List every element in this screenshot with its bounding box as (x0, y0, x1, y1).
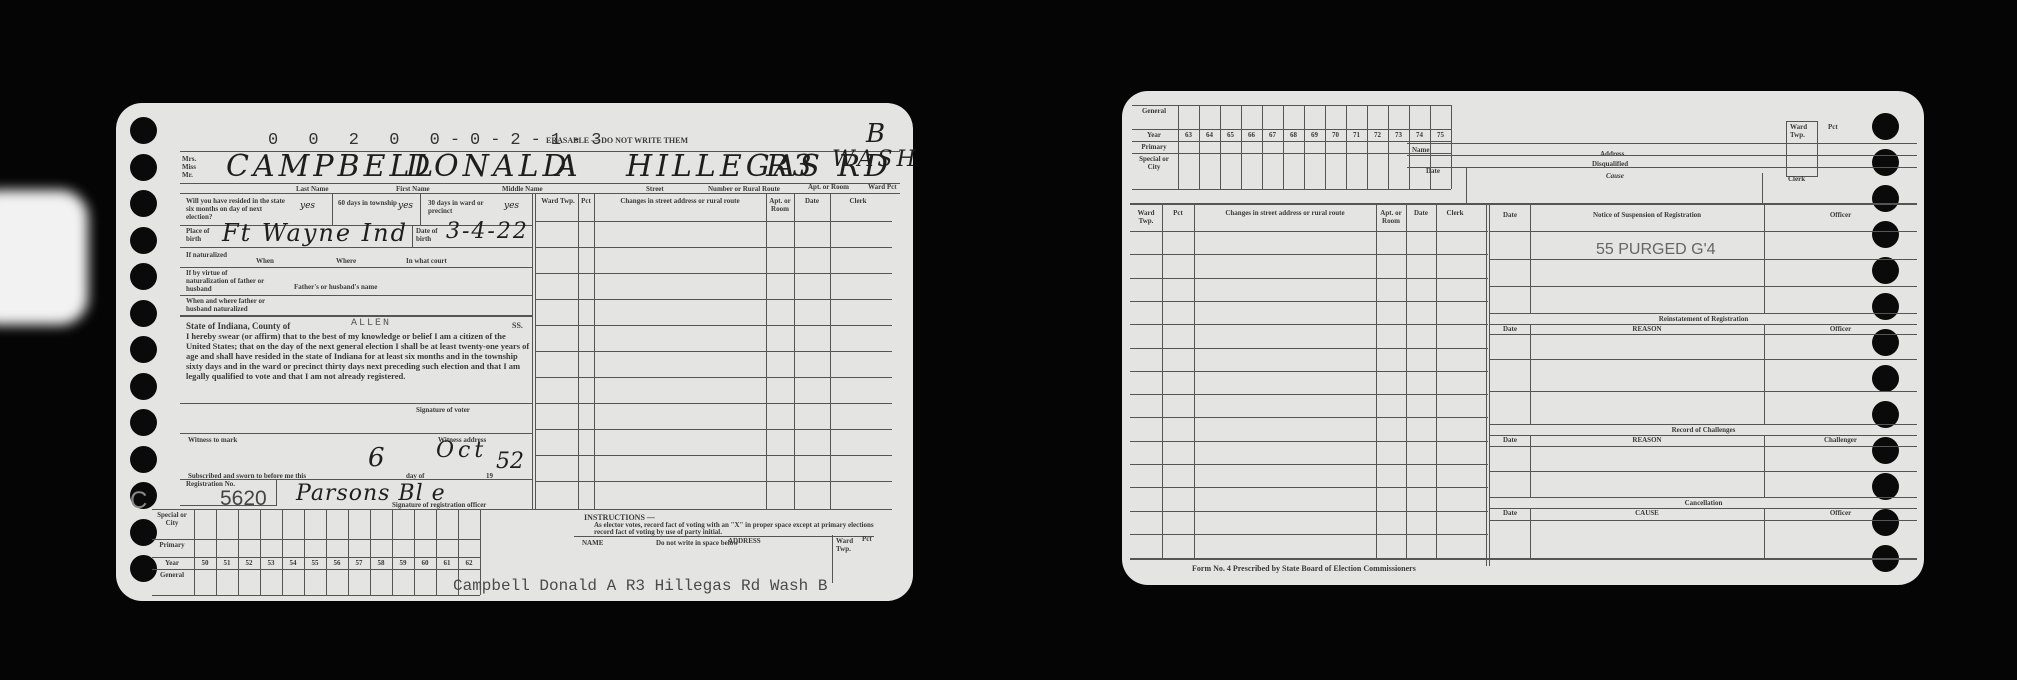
rule-line (152, 569, 480, 570)
rule-line (1132, 153, 1451, 154)
rule-line (1490, 424, 1917, 425)
year-cell: 75 (1430, 131, 1451, 139)
form-footer: Form No. 4 Prescribed by State Board of … (1192, 564, 1416, 573)
ward: WASH (832, 147, 920, 172)
number-route-label: Number or Rural Route (708, 185, 780, 193)
street-label: Street (646, 185, 664, 193)
registration-number: 5620 (220, 487, 267, 511)
pct-label: Pct (1828, 123, 1838, 131)
year-cell: 67 (1262, 131, 1283, 139)
vote-row-label: General (1132, 107, 1176, 115)
subscribed-day: 6 (368, 443, 389, 473)
year-cell: 69 (1304, 131, 1325, 139)
place-of-birth: Ft Wayne Ind (222, 219, 408, 247)
reinstatement-title: Reinstatement of Registration (1490, 315, 1917, 323)
year-cell: 60 (414, 559, 436, 567)
rule-line (1490, 313, 1917, 314)
punch-hole (1872, 473, 1899, 500)
rule-line (1162, 203, 1163, 558)
clerk-label: Clerk (1788, 175, 1805, 183)
rule-line (1490, 334, 1917, 335)
column-header: Date (1408, 209, 1434, 217)
instructions-address-label: ADDRESS (728, 537, 761, 545)
year-cell: 50 (194, 559, 216, 567)
punch-hole (130, 446, 157, 473)
instructions-ward-twp: Ward Twp. (836, 537, 854, 553)
rule-line (1406, 203, 1407, 558)
year-cell: 58 (370, 559, 392, 567)
rule-line (536, 351, 892, 352)
column-header: Apt. or Room (1378, 209, 1404, 225)
year-cell: 55 (304, 559, 326, 567)
rule-line (1130, 348, 1488, 349)
rule-line (1130, 487, 1488, 488)
section-header: Challenger (1764, 436, 1917, 444)
section-header: CAUSE (1530, 509, 1764, 517)
a-ward: yes (504, 201, 519, 211)
rule-line (282, 509, 283, 595)
q-ward: 30 days in ward or precinct (428, 199, 508, 215)
rule-line (1490, 286, 1917, 287)
rule-line (326, 509, 327, 595)
rule-line (536, 221, 892, 222)
rule-line (1130, 324, 1488, 325)
instructions-name-label: NAME (582, 539, 603, 547)
rule-line (1132, 129, 1451, 130)
rule-line (536, 403, 892, 404)
year-cell: 51 (216, 559, 238, 567)
rule-line (1388, 105, 1389, 189)
punch-hole (130, 373, 157, 400)
rule-line (1346, 105, 1347, 189)
year-cell: 54 (282, 559, 304, 567)
rule-line (152, 539, 480, 540)
rule-line (1130, 441, 1488, 442)
vote-row-label: Year (152, 559, 192, 567)
first-name: DONALD (406, 149, 571, 184)
punch-hole (130, 190, 157, 217)
rule-line (370, 509, 371, 595)
rule-line (536, 273, 892, 274)
year-cell: 59 (392, 559, 414, 567)
title-prefix: Mrs.MissMr. (182, 155, 196, 179)
rule-line (1436, 203, 1437, 558)
column-header: Ward Twp. (541, 197, 575, 205)
year-cell: 70 (1325, 131, 1346, 139)
q-township: 60 days in township (338, 199, 398, 207)
when-where-label: When and where father or husband natural… (186, 297, 282, 313)
section-header: REASON (1530, 436, 1764, 444)
punch-hole (1872, 185, 1899, 212)
rule-line (1130, 511, 1488, 512)
rule-line (152, 595, 480, 596)
rule-line (1409, 105, 1410, 189)
naturalized-where: Where (336, 257, 356, 265)
rule-line (392, 509, 393, 595)
rule-line (536, 481, 892, 482)
rule-line (1530, 508, 1531, 558)
rule-line (1490, 259, 1917, 260)
rule-line (1220, 105, 1221, 189)
signature-voter-label: Signature of voter (416, 406, 470, 414)
date-of-birth-label: Date of birth (416, 227, 446, 243)
place-of-birth-label: Place of birth (186, 227, 222, 243)
typed-name-address: Campbell Donald A R3 Hillegas Rd Wash B (453, 577, 827, 595)
rule-line (1262, 105, 1263, 189)
q-state: Will you have resided in the state six m… (186, 197, 286, 221)
rule-line (1764, 435, 1765, 497)
vote-row-label: Primary (1132, 143, 1176, 151)
rule-line (536, 247, 892, 248)
challenges-title: Record of Challenges (1490, 426, 1917, 434)
punch-hole (130, 336, 157, 363)
rule-line (1132, 141, 1451, 142)
year-cell: 71 (1346, 131, 1367, 139)
oath-text: I hereby swear (or affirm) that to the b… (186, 331, 531, 381)
rule-line (1130, 417, 1488, 418)
a-township: yes (398, 201, 413, 211)
rule-line (1130, 394, 1488, 395)
vote-row-label: Primary (152, 541, 192, 549)
rule-line (1764, 508, 1765, 558)
ward-twp-label: Ward Twp. (1790, 123, 1812, 139)
rule-line (1304, 105, 1305, 189)
first-name-label: First Name (396, 185, 430, 193)
rule-line (304, 509, 305, 595)
section-header: Date (1490, 509, 1530, 517)
punch-hole (1872, 365, 1899, 392)
rule-line (536, 325, 892, 326)
registration-card-back: GeneralYearPrimarySpecial or City6364656… (1122, 91, 1924, 585)
rule-line (1130, 464, 1488, 465)
rule-line (348, 509, 349, 595)
cancellation-title: Cancellation (1490, 499, 1917, 507)
column-header: Date (797, 197, 827, 205)
section-header: Date (1490, 325, 1530, 333)
vote-row-label: Special or City (152, 511, 192, 527)
rule-line (1241, 105, 1242, 189)
year-cell: 61 (436, 559, 458, 567)
punch-hole (1872, 149, 1899, 176)
year-cell: 64 (1199, 131, 1220, 139)
rule-line (1132, 189, 1451, 190)
naturalized-court: In what court (406, 257, 447, 265)
county: ALLEN (351, 318, 391, 329)
instructions-text-2: record fact of voting by use of party in… (594, 528, 722, 536)
section-header: Officer (1764, 211, 1917, 219)
section-header: REASON (1530, 325, 1764, 333)
year-cell: 65 (1220, 131, 1241, 139)
rule-line (1764, 203, 1765, 313)
subscribed-year: 52 (496, 449, 524, 474)
section-header: Notice of Suspension of Registration (1530, 211, 1764, 219)
light-glare (0, 190, 88, 325)
column-header: Clerk (833, 197, 883, 205)
rule-line (1490, 359, 1917, 360)
vote-row-label: Year (1132, 131, 1176, 139)
punch-hole (130, 154, 157, 181)
side-mark: C (130, 487, 147, 515)
rule-line (1530, 435, 1531, 497)
by-virtue-label: If by virtue of naturalization of father… (186, 269, 266, 293)
rule-line (536, 377, 892, 378)
punch-hole (130, 263, 157, 290)
rule-line (414, 509, 415, 595)
rule-line (1490, 231, 1917, 232)
instructions-pct: Pct (862, 535, 872, 543)
rule-line (1132, 105, 1451, 106)
year-cell: 52 (238, 559, 260, 567)
rule-line (1130, 534, 1488, 535)
year-cell: 63 (1178, 131, 1199, 139)
year-cell: 74 (1409, 131, 1430, 139)
punch-hole (1872, 221, 1899, 248)
year-cell: 53 (260, 559, 282, 567)
year-cell: 57 (348, 559, 370, 567)
subscribed-month: Oct (436, 438, 487, 463)
rule-line (1194, 203, 1195, 558)
rule-line (1530, 203, 1531, 313)
rule-line (1130, 278, 1488, 279)
rule-line (536, 429, 892, 430)
year-cell: 56 (326, 559, 348, 567)
column-header: Pct (1164, 209, 1192, 217)
ward-pct-label: Ward Pct (868, 183, 897, 191)
year-cell: 62 (458, 559, 480, 567)
column-header: Apt. or Room (769, 197, 791, 213)
rule-line (1130, 231, 1488, 232)
last-name-label: Last Name (296, 185, 328, 193)
rule-line (1451, 105, 1452, 189)
rule-line (1764, 324, 1765, 424)
rule-line (1490, 520, 1917, 521)
vote-row-label: General (152, 571, 192, 579)
rule-line (1376, 203, 1377, 558)
disqualified-date-label: Date (1426, 167, 1440, 175)
middle-name: A (556, 149, 582, 184)
apt-room-label: Apt. or Room (808, 183, 849, 191)
a-state: yes (300, 201, 315, 211)
purged-stamp: 55 PURGED G'4 (1596, 241, 1716, 259)
rule-line (1283, 105, 1284, 189)
year-cell: 66 (1241, 131, 1262, 139)
rule-line (1490, 471, 1917, 472)
signature-officer-label: Signature of registration officer (392, 501, 486, 509)
instructions-no-write: Do not write in space below (656, 539, 738, 547)
rule-line (1325, 105, 1326, 189)
year-cell: 68 (1283, 131, 1304, 139)
header-notice: ERASABLE — DO NOT WRITE THEM (546, 136, 688, 145)
punch-hole (1872, 257, 1899, 284)
year-cell: 72 (1367, 131, 1388, 139)
rule-line (1490, 391, 1917, 392)
rule-line (194, 509, 195, 595)
punch-hole (130, 409, 157, 436)
route: R3 (766, 149, 816, 184)
column-header: Pct (581, 197, 591, 205)
punch-hole (1872, 113, 1899, 140)
address-label: Address (1600, 150, 1624, 158)
rule-line (1178, 105, 1179, 189)
date-of-birth: 3-4-22 (446, 219, 529, 244)
rule-line (1367, 105, 1368, 189)
oath-ss: SS. (512, 321, 523, 330)
rule-line (1130, 301, 1488, 302)
punch-hole (130, 117, 157, 144)
column-header: Changes in street address or rural route (1196, 209, 1374, 217)
section-header: Officer (1764, 325, 1917, 333)
section-header: Date (1490, 211, 1530, 219)
name-label: Name (1412, 146, 1430, 154)
rule-line (436, 509, 437, 595)
cause-label: Cause (1606, 172, 1624, 180)
rule-line (260, 509, 261, 595)
column-header: Clerk (1438, 209, 1472, 217)
section-header: Date (1490, 436, 1530, 444)
rule-line (1130, 371, 1488, 372)
corner-mark: B (866, 119, 889, 149)
rule-line (238, 509, 239, 595)
rule-line (1130, 254, 1488, 255)
naturalized-when: When (256, 257, 274, 265)
registration-box: Registration No. 5620 (180, 479, 277, 506)
naturalized-label: If naturalized (186, 251, 227, 259)
middle-name-label: Middle Name (502, 185, 543, 193)
punch-hole (130, 227, 157, 254)
vote-row-label: Special or City (1132, 155, 1176, 171)
witness-mark-label: Witness to mark (188, 436, 237, 444)
rule-line (1490, 497, 1917, 498)
rule-line (536, 455, 892, 456)
rule-line (1430, 105, 1431, 189)
registration-card-front: 0 0 2 0 0-0-2-1-3 ERASABLE — DO NOT WRIT… (116, 103, 913, 601)
column-header: Ward Twp. (1132, 209, 1160, 225)
rule-line (1199, 105, 1200, 189)
rule-line (1490, 446, 1917, 447)
father-husband-label: Father's or husband's name (294, 283, 377, 291)
oath-state-line: State of Indiana, County of (186, 321, 290, 331)
rule-line (152, 557, 480, 558)
column-header: Changes in street address or rural route (597, 197, 763, 205)
punch-hole (130, 300, 157, 327)
section-header: Officer (1764, 509, 1917, 517)
rule-line (1530, 324, 1531, 424)
year-cell: 73 (1388, 131, 1409, 139)
rule-line (216, 509, 217, 595)
rule-line (536, 299, 892, 300)
